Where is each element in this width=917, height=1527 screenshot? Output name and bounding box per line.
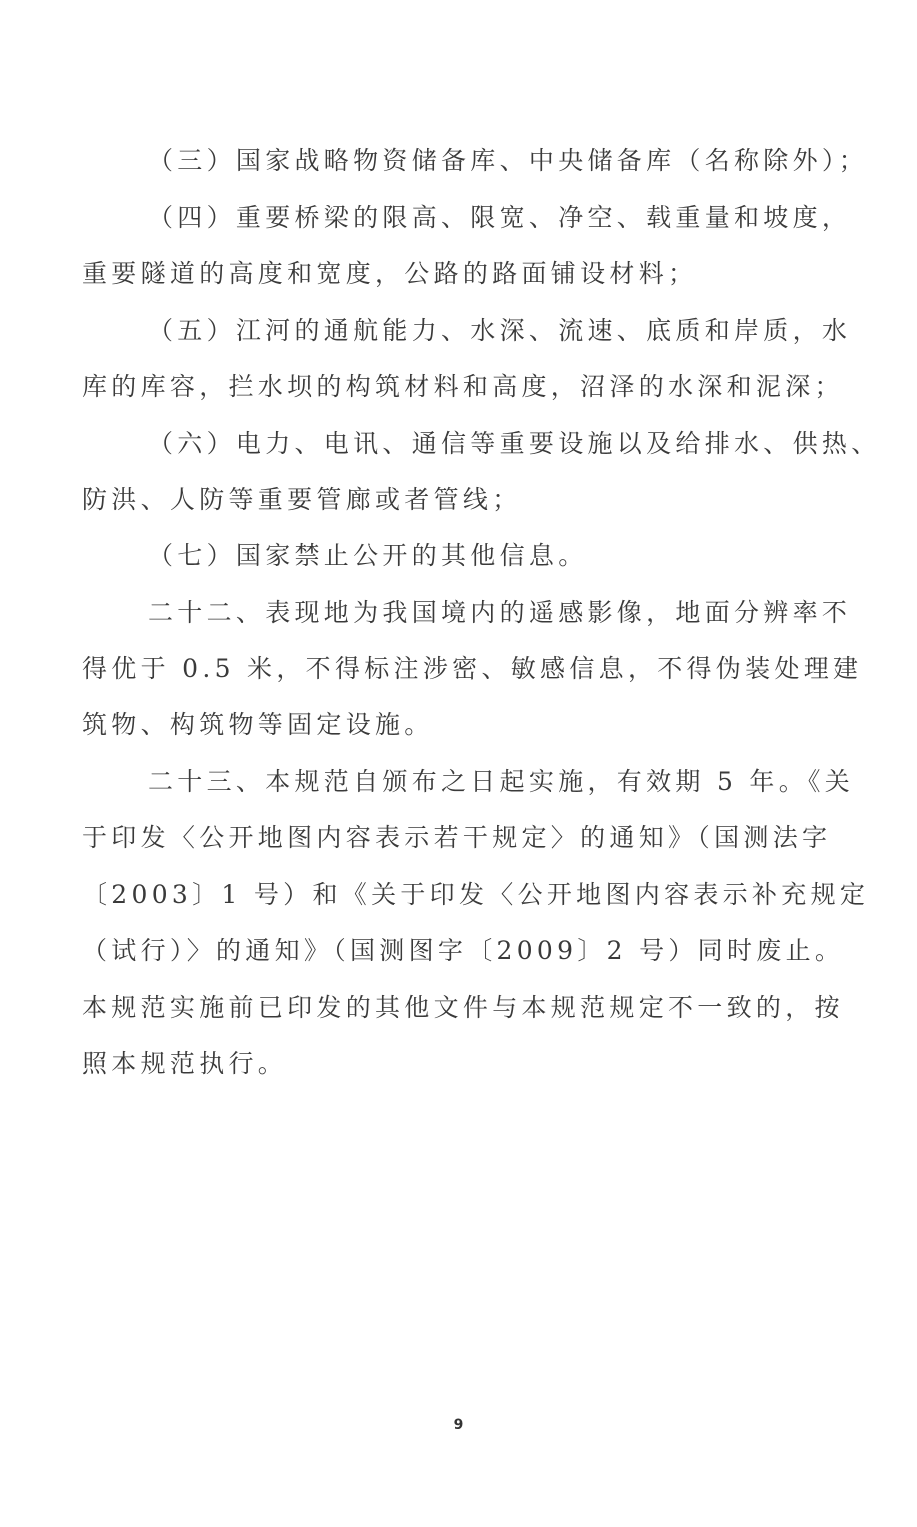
article-23-line-4: （试行）〉的通知》（国测图字〔2009〕2 号）同时废止。 <box>82 936 834 966</box>
list-item-four-continued: 重要隧道的高度和宽度，公路的路面铺设材料； <box>82 259 834 289</box>
article-22-line-3: 筑物、构筑物等固定设施。 <box>82 710 834 740</box>
list-item-five-continued: 库的库容，拦水坝的构筑材料和高度，沼泽的水深和泥深； <box>82 372 834 402</box>
list-item-six: （六）电力、电讯、通信等重要设施以及给排水、供热、 <box>148 429 834 459</box>
article-23: 二十三、本规范自颁布之日起实施，有效期 5 年。《关 <box>148 767 834 797</box>
article-23-line-5: 本规范实施前已印发的其他文件与本规范规定不一致的，按 <box>82 993 834 1023</box>
list-item-three: （三）国家战略物资储备库、中央储备库（名称除外）； <box>148 146 834 176</box>
list-item-six-continued: 防洪、人防等重要管廊或者管线； <box>82 485 834 515</box>
page-number: 9 <box>0 1417 917 1433</box>
article-23-line-3: 〔2003〕1 号）和《关于印发〈公开地图内容表示补充规定 <box>82 880 834 910</box>
list-item-five: （五）江河的通航能力、水深、流速、底质和岸质，水 <box>148 316 834 346</box>
article-23-line-2: 于印发〈公开地图内容表示若干规定〉的通知》（国测法字 <box>82 823 834 853</box>
list-item-four: （四）重要桥梁的限高、限宽、净空、载重量和坡度， <box>148 203 834 233</box>
article-22-line-2: 得优于 0.5 米，不得标注涉密、敏感信息，不得伪装处理建 <box>82 654 834 684</box>
document-page: （三）国家战略物资储备库、中央储备库（名称除外）； （四）重要桥梁的限高、限宽、… <box>0 0 917 1527</box>
article-23-line-6: 照本规范执行。 <box>82 1049 834 1079</box>
list-item-seven: （七）国家禁止公开的其他信息。 <box>148 541 834 571</box>
article-22: 二十二、表现地为我国境内的遥感影像，地面分辨率不 <box>148 598 834 628</box>
